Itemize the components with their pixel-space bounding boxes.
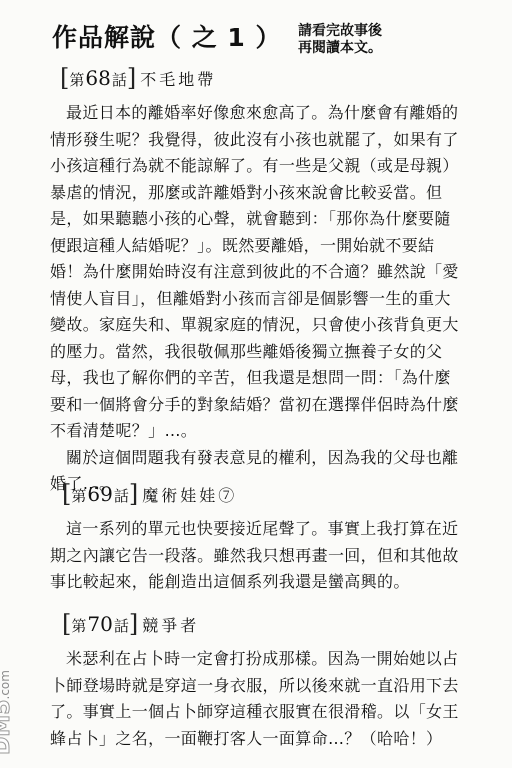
chapter-number: 70 — [87, 612, 112, 636]
chapter-suffix: 話 — [114, 485, 129, 506]
chapter-heading-69: [ 第 69 話 ] 魔術娃娃⑦ — [62, 482, 237, 506]
chapter-prefix: 第 — [71, 485, 86, 506]
chapter-number: 69 — [87, 482, 112, 506]
chapter-suffix: 話 — [112, 69, 127, 90]
chapter-label: 第 70 話 — [71, 612, 128, 636]
paragraph: 最近日本的離婚率好像愈來愈高了。為什麼會有離婚的情形發生呢？我覺得，彼此沒有小孩… — [50, 100, 460, 445]
right-bracket: ] — [129, 612, 138, 636]
reading-note: 請看完故事後 再閱讀本文。 — [298, 23, 382, 57]
chapter-title: 不毛地帶 — [140, 67, 216, 90]
chapter-title: 魔術娃娃⑦ — [142, 483, 237, 506]
watermark-logo: DM5.com — [0, 670, 15, 755]
reading-note-line-1: 請看完故事後 — [298, 23, 382, 40]
chapter-prefix: 第 — [71, 615, 86, 636]
watermark-main: DM5 — [0, 699, 15, 754]
chapter-label: 第 68 話 — [69, 66, 126, 90]
right-bracket: ] — [127, 66, 136, 90]
chapter-title: 競爭者 — [142, 613, 199, 636]
left-bracket: [ — [62, 482, 71, 506]
page-title: 作品解說（ 之 1 ） — [52, 18, 282, 54]
watermark-suffix: .com — [0, 670, 12, 699]
right-bracket: ] — [129, 482, 138, 506]
section-body-70: 米瑟利在占卜時一定會打扮成那樣。因為一開始她以占卜師登場時就是穿這一身衣服，所以… — [50, 646, 460, 752]
chapter-number: 68 — [85, 66, 110, 90]
paragraph: 這一系列的單元也快要接近尾聲了。事實上我打算在近期之內讓它告一段落。雖然我只想再… — [50, 516, 460, 596]
left-bracket: [ — [60, 66, 69, 90]
chapter-prefix: 第 — [69, 69, 84, 90]
paragraph: 米瑟利在占卜時一定會打扮成那樣。因為一開始她以占卜師登場時就是穿這一身衣服，所以… — [50, 646, 460, 752]
left-bracket: [ — [62, 612, 71, 636]
chapter-heading-68: [ 第 68 話 ] 不毛地帶 — [60, 66, 216, 90]
chapter-label: 第 69 話 — [71, 482, 128, 506]
reading-note-line-2: 再閱讀本文。 — [298, 40, 382, 57]
chapter-heading-70: [ 第 70 話 ] 競爭者 — [62, 612, 199, 636]
section-body-69: 這一系列的單元也快要接近尾聲了。事實上我打算在近期之內讓它告一段落。雖然我只想再… — [50, 516, 460, 596]
section-body-68: 最近日本的離婚率好像愈來愈高了。為什麼會有離婚的情形發生呢？我覺得，彼此沒有小孩… — [50, 100, 460, 498]
chapter-suffix: 話 — [114, 615, 129, 636]
